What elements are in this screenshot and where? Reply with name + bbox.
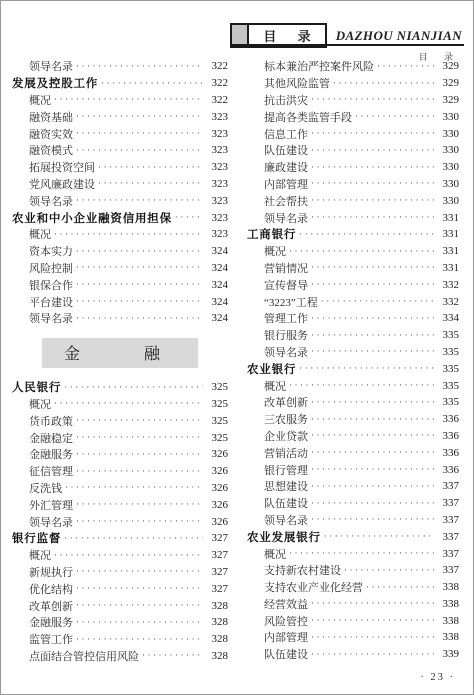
toc-entry: 银保合作 324 [12,276,228,293]
toc-entry-label: 改革创新 [12,598,73,614]
dot-leader [311,431,434,440]
dot-leader [311,280,434,289]
toc-section-row: 金 融 [12,327,228,379]
dot-leader [355,112,434,121]
toc-entry-page: 325 [206,398,228,410]
toc-entry-page: 322 [206,60,228,72]
toc-entry: 社会帮扶 330 [247,192,459,209]
dot-leader [142,651,203,660]
dot-leader [76,467,203,476]
toc-entry: 支持新农村建设 337 [247,562,459,579]
dot-leader [76,62,203,71]
toc-entry: 抗击洪灾 329 [247,92,459,109]
toc-entry-page: 324 [206,312,228,324]
toc-entry-page: 330 [437,128,459,140]
header-brand: DAZHOU NIANJIAN [336,28,462,44]
toc-entry: 概况 337 [247,545,459,562]
toc-entry: 农业银行 335 [247,360,459,377]
dot-leader [311,415,434,424]
dot-leader [311,263,434,272]
page-number: · 23 · [420,672,455,683]
toc-entry-page: 328 [206,633,228,645]
toc-entry-label: 三农服务 [247,411,308,427]
dot-leader [76,433,203,442]
toc-entry-page: 337 [437,531,459,543]
toc-entry: 领导名录 324 [12,310,228,327]
toc-entry: 领导名录 322 [12,58,228,75]
dot-leader [311,499,434,508]
toc-entry: 概况 327 [12,547,228,564]
toc-entry-page: 326 [206,448,228,460]
dot-leader [76,517,203,526]
toc-entry-page: 322 [206,77,228,89]
dot-leader [76,584,203,593]
toc-entry: 内部管理 330 [247,176,459,193]
dot-leader [76,314,203,323]
toc-entry-page: 325 [206,381,228,393]
toc-entry: 工商银行 331 [247,226,459,243]
toc-entry-label: 风险管控 [247,613,308,629]
dot-leader [289,247,434,256]
toc-entry: 思想建设 337 [247,478,459,495]
dot-leader [76,112,203,121]
dot-leader [289,549,434,558]
toc-entry-page: 339 [437,648,459,660]
toc-entry-page: 335 [437,329,459,341]
toc-entry-label: 领导名录 [12,193,73,209]
toc-entry: 支持农业产业化经营 338 [247,579,459,596]
toc-entry-page: 322 [206,94,228,106]
toc-entry: 货币政策 325 [12,412,228,429]
toc-entry-page: 328 [206,650,228,662]
dot-leader [299,364,434,373]
toc-entry-label: 融资模式 [12,142,73,158]
toc-entry: 经营效益 338 [247,596,459,613]
toc-entry-page: 334 [437,312,459,324]
toc-entry-label: 营销情况 [247,260,308,276]
toc-entry-label: 概况 [247,243,286,259]
toc-entry-label: 支持新农村建设 [247,562,341,578]
dot-leader [311,482,434,491]
toc-entry-page: 331 [437,228,459,240]
toc-entry-label: 社会帮扶 [247,193,308,209]
dot-leader [311,163,434,172]
dot-leader [65,483,203,492]
dot-leader [76,263,203,272]
toc-entry-page: 336 [437,430,459,442]
toc-entry-label: 概况 [247,378,286,394]
toc-entry-label: 内部管理 [247,629,308,645]
toc-entry-page: 338 [437,631,459,643]
toc-entry: 改革创新 328 [12,597,228,614]
dot-leader [98,179,203,188]
toc-entry-label: 队伍建设 [247,495,308,511]
toc-entry-page: 335 [437,363,459,375]
toc-entry-label: 征信管理 [12,463,73,479]
toc-entry-label: 领导名录 [247,512,308,528]
toc-entry: 领导名录 337 [247,512,459,529]
toc-entry: 概况 322 [12,92,228,109]
toc-entry-label: 拓展投资空间 [12,159,95,175]
toc-entry: 金融稳定 325 [12,429,228,446]
dot-leader [54,551,203,560]
dot-leader [344,566,434,575]
toc-entry-page: 324 [206,279,228,291]
dot-leader [311,347,434,356]
toc-entry-page: 324 [206,262,228,274]
toc-entry-label: 队伍建设 [247,646,308,662]
toc-entry-label: 银行管理 [247,462,308,478]
toc-entry-label: 概况 [12,226,51,242]
dot-leader [76,146,203,155]
dot-leader [98,163,203,172]
toc-entry-label: 银行服务 [247,327,308,343]
toc-entry: 宣传督导 332 [247,276,459,293]
toc-entry: 提高各类监管手段 330 [247,108,459,125]
dot-leader [64,383,203,392]
toc-entry-label: 银保合作 [12,277,73,293]
toc-entry-label: 风险控制 [12,260,73,276]
toc-entry-page: 337 [437,497,459,509]
toc-entry: 征信管理 326 [12,463,228,480]
toc-entry-page: 335 [437,346,459,358]
toc-entry-page: 337 [437,564,459,576]
toc-entry-label: 领导名录 [12,58,73,74]
toc-entry-page: 323 [206,228,228,240]
toc-entry-page: 325 [206,432,228,444]
toc-entry-page: 338 [437,615,459,627]
header-gray-square [232,25,249,46]
dot-leader [311,129,434,138]
toc-entry: 拓展投资空间 323 [12,159,228,176]
dot-leader [76,635,203,644]
toc-entry-label: 货币政策 [12,413,73,429]
toc-entry: 监管工作 328 [12,631,228,648]
dot-leader [76,129,203,138]
toc-entry-page: 323 [206,144,228,156]
toc-entry-page: 327 [206,566,228,578]
toc-entry-page: 326 [206,465,228,477]
toc-entry-page: 323 [206,111,228,123]
toc-entry-page: 323 [206,212,228,224]
toc-entry-page: 335 [437,380,459,392]
toc-entry-label: 农业和中小企业融资信用担保 [12,210,172,226]
toc-entry: 领导名录 335 [247,344,459,361]
toc-entry-label: 领导名录 [247,210,308,226]
dot-leader [333,79,434,88]
dot-leader [311,633,434,642]
toc-entry-page: 336 [437,413,459,425]
toc-entry: 反洗钱 326 [12,480,228,497]
toc-entry-label: 农业发展银行 [247,529,321,545]
toc-page: 目 录 DAZHOU NIANJIAN 目 录 领导名录 322 发展及控股工作… [0,0,474,695]
toc-entry-label: 管理工作 [247,310,308,326]
toc-entry-page: 331 [437,262,459,274]
toc-entry-page: 328 [206,616,228,628]
toc-entry: 领导名录 331 [247,209,459,226]
toc-entry-page: 331 [437,245,459,257]
section-title: 金 融 [42,338,198,368]
toc-entry: 廉政建设 330 [247,159,459,176]
toc-entry: 企业贷款 336 [247,428,459,445]
toc-entry-page: 326 [206,482,228,494]
toc-entry-label: “3223”工程 [247,294,318,310]
dot-leader [311,314,434,323]
toc-entry: 标本兼治严控案件风险 329 [247,58,459,75]
toc-entry-page: 331 [437,212,459,224]
toc-entry-label: 改革创新 [247,394,308,410]
toc-entry: 银行服务 335 [247,327,459,344]
dot-leader [311,448,434,457]
toc-entry-label: 人民银行 [12,379,61,395]
toc-entry: 领导名录 323 [12,192,228,209]
toc-entry-label: 银行监督 [12,530,61,546]
toc-entry-page: 323 [206,161,228,173]
toc-entry-page: 338 [437,598,459,610]
toc-entry-label: 提高各类监管手段 [247,109,352,125]
toc-entry-page: 327 [206,583,228,595]
toc-entry: 队伍建设 337 [247,495,459,512]
toc-entry-label: 其他风险监管 [247,75,330,91]
toc-entry-label: 领导名录 [12,514,73,530]
toc-entry: 点面结合管控信用风险 328 [12,648,228,665]
toc-entry-page: 330 [437,144,459,156]
dot-leader [311,465,434,474]
dot-leader [311,331,434,340]
toc-entry: 新规执行 327 [12,564,228,581]
dot-leader [377,62,434,71]
toc-entry: 队伍建设 330 [247,142,459,159]
toc-entry-label: 概况 [12,547,51,563]
toc-entry-page: 338 [437,581,459,593]
toc-entry-page: 328 [206,600,228,612]
toc-entry: 农业发展银行 337 [247,528,459,545]
toc-entry-page: 330 [437,178,459,190]
toc-entry: 内部管理 338 [247,629,459,646]
toc-entry-page: 329 [437,94,459,106]
toc-entry: 农业和中小企业融资信用担保 323 [12,209,228,226]
toc-entry: 营销活动 336 [247,444,459,461]
toc-entry-label: 反洗钱 [12,480,62,496]
dot-leader [54,95,203,104]
toc-column-right: 标本兼治严控案件风险 329 其他风险监管 329 抗击洪灾 329 提高各类监… [247,58,459,663]
dot-leader [311,650,434,659]
toc-entry-label: 融资实效 [12,126,73,142]
dot-leader [311,146,434,155]
toc-entry-page: 336 [437,447,459,459]
toc-entry: 金融服务 326 [12,446,228,463]
toc-column-left: 领导名录 322 发展及控股工作 322 概况 322 融资基础 323 融资实… [12,58,228,664]
toc-entry: 三农服务 336 [247,411,459,428]
toc-entry-page: 330 [437,161,459,173]
toc-entry-label: 思想建设 [247,478,308,494]
toc-entry-label: 标本兼治严控案件风险 [247,58,374,74]
toc-entry-label: 发展及控股工作 [12,75,98,91]
toc-entry-page: 337 [437,480,459,492]
toc-entry: 营销情况 331 [247,260,459,277]
toc-entry-label: 农业银行 [247,361,296,377]
toc-entry-page: 327 [206,549,228,561]
dot-leader [311,398,434,407]
toc-entry: 信息工作 330 [247,125,459,142]
toc-entry: 发展及控股工作 322 [12,75,228,92]
toc-entry: 优化结构 327 [12,580,228,597]
toc-entry: 金融服务 328 [12,614,228,631]
toc-entry: 平台建设 324 [12,293,228,310]
toc-entry-label: 抗击洪灾 [247,92,308,108]
dot-leader [76,601,203,610]
toc-entry-page: 327 [206,532,228,544]
toc-entry-label: 营销活动 [247,445,308,461]
toc-entry: 融资实效 323 [12,125,228,142]
dot-leader [54,230,203,239]
dot-leader [299,230,434,239]
toc-entry-label: 优化结构 [12,581,73,597]
toc-entry-label: 新规执行 [12,564,73,580]
dot-leader [76,567,203,576]
header-title: 目 录 [249,25,325,46]
toc-entry-label: 融资基础 [12,109,73,125]
toc-entry-page: 330 [437,111,459,123]
dot-leader [366,583,434,592]
toc-entry-label: 工商银行 [247,226,296,242]
toc-entry: 党风廉政建设 323 [12,176,228,193]
toc-entry-label: 领导名录 [12,310,73,326]
toc-entry-page: 330 [437,195,459,207]
toc-entry-label: 队伍建设 [247,142,308,158]
toc-entry-page: 325 [206,415,228,427]
dot-leader [311,515,434,524]
toc-entry: 银行监督 327 [12,530,228,547]
toc-entry-label: 概况 [12,396,51,412]
dot-leader [76,280,203,289]
toc-entry: 银行管理 336 [247,461,459,478]
toc-entry-label: 经营效益 [247,596,308,612]
toc-entry-label: 平台建设 [12,294,73,310]
toc-entry-label: 信息工作 [247,126,308,142]
dot-leader [311,196,434,205]
toc-entry-label: 概况 [247,546,286,562]
toc-entry-label: 内部管理 [247,176,308,192]
toc-entry-label: 支持农业产业化经营 [247,579,363,595]
dot-leader [76,416,203,425]
toc-entry: “3223”工程 332 [247,293,459,310]
toc-entry: 概况 325 [12,396,228,413]
dot-leader [175,213,203,222]
dot-leader [76,450,203,459]
dot-leader [321,297,434,306]
toc-entry: 人民银行 325 [12,379,228,396]
toc-entry-label: 宣传督导 [247,277,308,293]
toc-entry: 融资模式 323 [12,142,228,159]
toc-entry-page: 337 [437,548,459,560]
dot-leader [76,297,203,306]
toc-entry-label: 点面结合管控信用风险 [12,648,139,664]
toc-entry-label: 领导名录 [247,344,308,360]
toc-entry-label: 党风廉政建设 [12,176,95,192]
toc-entry: 概况 335 [247,377,459,394]
dot-leader [311,599,434,608]
dot-leader [289,381,434,390]
toc-entry-label: 监管工作 [12,631,73,647]
toc-entry-page: 324 [206,245,228,257]
toc-entry-label: 廉政建设 [247,159,308,175]
toc-entry-label: 企业贷款 [247,428,308,444]
toc-entry-page: 332 [437,279,459,291]
dot-leader [76,247,203,256]
dot-leader [311,213,434,222]
toc-entry-page: 323 [206,195,228,207]
dot-leader [311,95,434,104]
toc-entry-page: 323 [206,178,228,190]
dot-leader [311,616,434,625]
dot-leader [76,618,203,627]
toc-entry-page: 329 [437,60,459,72]
toc-entry: 概况 331 [247,243,459,260]
toc-entry: 管理工作 334 [247,310,459,327]
toc-entry: 风险管控 338 [247,612,459,629]
dot-leader [311,179,434,188]
toc-entry-label: 金融服务 [12,614,73,630]
dot-leader [324,532,434,541]
toc-entry-page: 337 [437,514,459,526]
toc-entry: 领导名录 326 [12,513,228,530]
dot-leader [101,79,203,88]
toc-entry-page: 332 [437,296,459,308]
toc-entry: 改革创新 335 [247,394,459,411]
toc-entry-label: 外汇管理 [12,497,73,513]
toc-entry: 资本实力 324 [12,243,228,260]
dot-leader [54,399,203,408]
toc-entry-page: 336 [437,464,459,476]
dot-leader [76,196,203,205]
toc-entry: 概况 323 [12,226,228,243]
toc-entry-page: 323 [206,128,228,140]
toc-entry-label: 资本实力 [12,243,73,259]
toc-entry: 其他风险监管 329 [247,75,459,92]
toc-entry-page: 335 [437,396,459,408]
toc-entry-label: 金融服务 [12,446,73,462]
toc-entry-page: 329 [437,77,459,89]
toc-entry: 队伍建设 339 [247,646,459,663]
toc-entry-page: 326 [206,516,228,528]
toc-entry-page: 326 [206,499,228,511]
toc-entry-label: 金融稳定 [12,430,73,446]
toc-entry: 风险控制 324 [12,260,228,277]
dot-leader [76,500,203,509]
toc-entry: 融资基础 323 [12,108,228,125]
toc-entry-label: 概况 [12,92,51,108]
toc-entry: 外汇管理 326 [12,496,228,513]
header-rule [230,44,464,46]
dot-leader [64,534,203,543]
toc-entry-page: 324 [206,296,228,308]
